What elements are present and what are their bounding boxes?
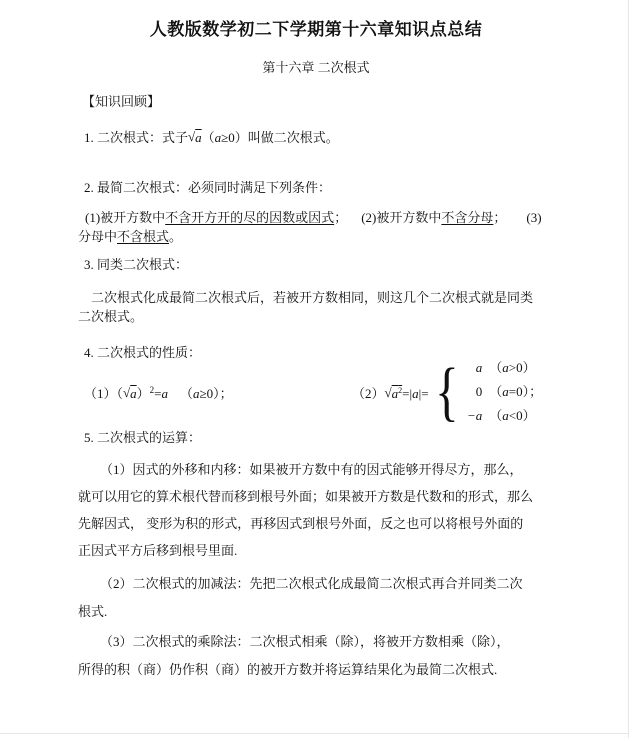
conditions-line-2: 分母中不含根式。 — [78, 227, 554, 246]
operations-paragraph-1: （1）因式的外移和内移：如果被开方数中有的因式能够开得尽方，那么， 就可以用它的… — [78, 456, 554, 564]
document-page: 人教版数学初二下学期第十六章知识点总结 第十六章 二次根式 【知识回顾】 1. … — [0, 0, 632, 741]
case-row: −a （a<0） — [462, 404, 542, 428]
case-value: 0 — [462, 380, 482, 404]
page-edge-bottom — [0, 733, 629, 734]
condition1-pre: (1)被开方数中 — [85, 210, 165, 225]
condition1-underline: 不含开方开的尽的因数或因式 — [165, 210, 334, 225]
condition3-pre: 分母中 — [78, 229, 117, 244]
condition1-semi: ； — [334, 210, 347, 225]
formula1-result: a — [162, 386, 169, 401]
formula-1: （1）（√a）2=a（a≥0）； — [78, 383, 352, 402]
properties-formula-row: （1）（√a）2=a（a≥0）； （2）√a2=|a|= { a （a>0） 0… — [78, 356, 554, 428]
cases-list: a （a>0） 0 （a=0）； −a （a<0） — [462, 356, 542, 428]
paragraph-line: （3）二次根式的乘除法：二次根式相乘（除），将被开方数相乘（除）， — [78, 628, 554, 656]
condition2-underline: 不含分母 — [441, 210, 493, 225]
paragraph-line: 二次根式。 — [78, 307, 554, 326]
conditions-paragraph: (1)被开方数中不含开方开的尽的因数或因式；(2)被开方数中不含分母；(3) 分… — [78, 208, 554, 246]
case-cond-tail: <0） — [509, 408, 536, 423]
condition2-semi: ； — [493, 210, 506, 225]
formula1-cond-open: （ — [180, 386, 193, 401]
case-cond-open: （ — [489, 408, 502, 423]
formula1-label: （1）（ — [84, 386, 123, 401]
radical-expression: √a — [123, 386, 137, 401]
cases-brace: { — [435, 356, 459, 428]
formula2-head: （2）√a2=|a|= — [352, 383, 429, 402]
case-row: a （a>0） — [462, 356, 542, 380]
paragraph-line: 根式. — [78, 598, 554, 626]
formula1-close: ） — [137, 386, 150, 401]
condition3-end: 。 — [169, 229, 182, 244]
case-condition: （a=0）； — [489, 380, 542, 404]
formula2-label: （2） — [352, 386, 385, 401]
item1-tail: ≥0）叫做二次根式。 — [221, 130, 339, 145]
case-cond-open: （ — [489, 384, 502, 399]
case-cond-open: （ — [489, 360, 502, 375]
paragraph-line: 先解因式， 变形为积的形式，再移因式到根号外面，反之也可以将根号外面的 — [78, 510, 554, 537]
list-item-5: 5. 二次根式的运算： — [78, 428, 554, 447]
page-edge-right — [628, 0, 629, 738]
case-cond-tail: =0）； — [509, 384, 542, 399]
paragraph-line: 所得的积（商）仍作积（商）的被开方数并将运算结果化为最简二次根式. — [78, 656, 554, 684]
radical-expression: √a2 — [385, 386, 403, 401]
formula2-equals-1: = — [402, 386, 409, 401]
formula-2: （2）√a2=|a|= { a （a>0） 0 （a=0）； −a （a<0） — [352, 356, 542, 428]
list-item-2: 2. 最简二次根式：必须同时满足下列条件： — [78, 178, 554, 197]
condition2-pre: (2)被开方数中 — [361, 210, 441, 225]
item1-lead: 1. 二次根式：式子 — [84, 130, 188, 145]
case-cond-tail: >0） — [509, 360, 536, 375]
paragraph-line: 二次根式化成最简二次根式后，若被开方数相同，则这几个二次根式就是同类 — [78, 288, 554, 307]
list-item-3: 3. 同类二次根式： — [78, 255, 554, 274]
like-radicals-paragraph: 二次根式化成最简二次根式后，若被开方数相同，则这几个二次根式就是同类 二次根式。 — [78, 288, 554, 326]
paragraph-line: （1）因式的外移和内移：如果被开方数中有的因式能够开得尽方，那么， — [78, 456, 554, 483]
document-content: 人教版数学初二下学期第十六章知识点总结 第十六章 二次根式 【知识回顾】 1. … — [0, 0, 632, 684]
item1-paren: （ — [202, 130, 215, 145]
formula1-equals: = — [154, 386, 161, 401]
section-header: 【知识回顾】 — [78, 92, 554, 111]
case-condition: （a>0） — [489, 356, 535, 380]
doc-title: 人教版数学初二下学期第十六章知识点总结 — [78, 18, 554, 42]
condition3-number: (3) — [526, 210, 541, 225]
list-item-1: 1. 二次根式：式子√a（a≥0）叫做二次根式。 — [78, 128, 554, 147]
case-condition: （a<0） — [489, 404, 535, 428]
case-value: −a — [462, 404, 482, 428]
radical-symbol: √ — [385, 385, 392, 401]
radical-symbol: √ — [188, 127, 195, 146]
paragraph-line: （2）二次根式的加减法：先把二次根式化成最简二次根式再合并同类二次 — [78, 570, 554, 598]
radical-expression: √a — [188, 130, 202, 145]
case-value: a — [462, 356, 482, 380]
operations-paragraph-2: （2）二次根式的加减法：先把二次根式化成最简二次根式再合并同类二次 根式. — [78, 570, 554, 626]
operations-paragraph-3: （3）二次根式的乘除法：二次根式相乘（除），将被开方数相乘（除）， 所得的积（商… — [78, 628, 554, 684]
radicand-overline: a2 — [392, 386, 403, 401]
radical-symbol: √ — [123, 385, 130, 401]
chapter-heading: 第十六章 二次根式 — [78, 58, 554, 77]
formula1-cond-tail: ≥0）； — [200, 386, 233, 401]
paragraph-line: 就可以用它的算术根代替而移到根号外面；如果被开方数是代数和的形式，那么 — [78, 483, 554, 510]
formula2-equals-2: = — [421, 386, 428, 401]
paragraph-line: 正因式平方后移到根号里面. — [78, 537, 554, 564]
conditions-line-1: (1)被开方数中不含开方开的尽的因数或因式；(2)被开方数中不含分母；(3) — [78, 208, 554, 227]
case-row: 0 （a=0）； — [462, 380, 542, 404]
condition3-underline: 不含根式 — [117, 229, 169, 244]
